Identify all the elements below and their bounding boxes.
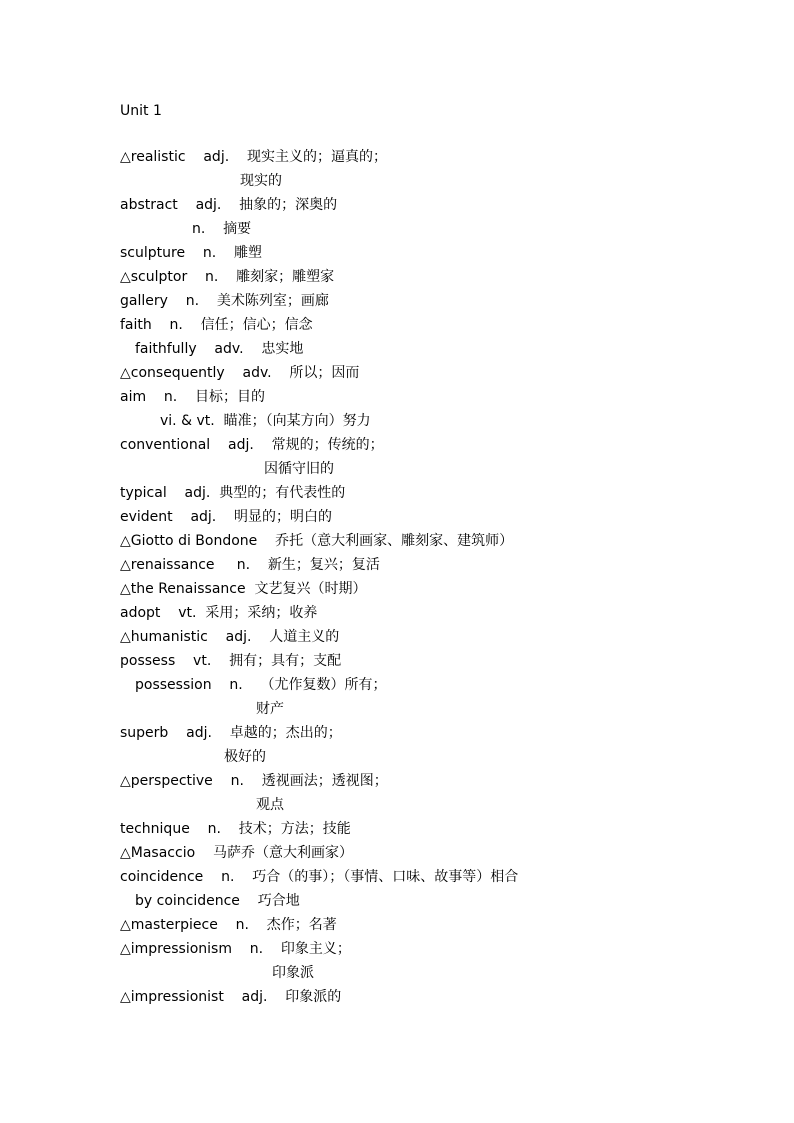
vocabulary-line: 极好的 bbox=[224, 748, 266, 766]
vocabulary-line: evident adj. 明显的；明白的 bbox=[120, 508, 332, 526]
vocabulary-line: possess vt. 拥有；具有；支配 bbox=[120, 652, 341, 670]
document-page: Unit 1 △realistic adj. 现实主义的；逼真的；现实的abst… bbox=[0, 0, 794, 1123]
vocabulary-line: conventional adj. 常规的；传统的； bbox=[120, 436, 384, 454]
vocabulary-line: 现实的 bbox=[240, 172, 282, 190]
unit-title: Unit 1 bbox=[120, 102, 162, 120]
vocabulary-line: △perspective n. 透视画法；透视图； bbox=[120, 772, 388, 790]
vocabulary-line: faith n. 信任；信心；信念 bbox=[120, 316, 313, 334]
vocabulary-line: abstract adj. 抽象的；深奥的 bbox=[120, 196, 337, 214]
vocabulary-line: △the Renaissance 文艺复兴（时期） bbox=[120, 580, 367, 598]
vocabulary-line: △humanistic adj. 人道主义的 bbox=[120, 628, 339, 646]
vocabulary-line: coincidence n. 巧合（的事）；（事情、口味、故事等）相合 bbox=[120, 868, 518, 886]
vocabulary-line: △Masaccio 马萨乔（意大利画家） bbox=[120, 844, 353, 862]
vocabulary-line: △sculptor n. 雕刻家；雕塑家 bbox=[120, 268, 334, 286]
vocabulary-line: 财产 bbox=[256, 700, 284, 718]
vocabulary-line: 因循守旧的 bbox=[264, 460, 334, 478]
vocabulary-line: by coincidence 巧合地 bbox=[135, 892, 300, 910]
vocabulary-line: △realistic adj. 现实主义的；逼真的； bbox=[120, 148, 387, 166]
vocabulary-line: n. 摘要 bbox=[192, 220, 251, 238]
vocabulary-line: △masterpiece n. 杰作；名著 bbox=[120, 916, 337, 934]
vocabulary-line: adopt vt. 采用；采纳；收养 bbox=[120, 604, 317, 622]
vocabulary-line: 观点 bbox=[256, 796, 284, 814]
vocabulary-line: gallery n. 美术陈列室；画廊 bbox=[120, 292, 329, 310]
vocabulary-line: possession n. （尤作复数）所有； bbox=[135, 676, 387, 694]
vocabulary-line: aim n. 目标；目的 bbox=[120, 388, 265, 406]
vocabulary-line: △renaissance n. 新生；复兴；复活 bbox=[120, 556, 380, 574]
vocabulary-line: △impressionist adj. 印象派的 bbox=[120, 988, 341, 1006]
vocabulary-line: vi. & vt. 瞄准；（向某方向）努力 bbox=[160, 412, 371, 430]
vocabulary-line: sculpture n. 雕塑 bbox=[120, 244, 262, 262]
vocabulary-line: △impressionism n. 印象主义； bbox=[120, 940, 351, 958]
vocabulary-line: △Giotto di Bondone 乔托（意大利画家、雕刻家、建筑师） bbox=[120, 532, 513, 550]
vocabulary-line: typical adj. 典型的；有代表性的 bbox=[120, 484, 345, 502]
vocabulary-line: △consequently adv. 所以；因而 bbox=[120, 364, 359, 382]
vocabulary-line: 印象派 bbox=[272, 964, 314, 982]
vocabulary-line: faithfully adv. 忠实地 bbox=[135, 340, 303, 358]
vocabulary-line: technique n. 技术；方法；技能 bbox=[120, 820, 351, 838]
vocabulary-line: superb adj. 卓越的；杰出的； bbox=[120, 724, 342, 742]
